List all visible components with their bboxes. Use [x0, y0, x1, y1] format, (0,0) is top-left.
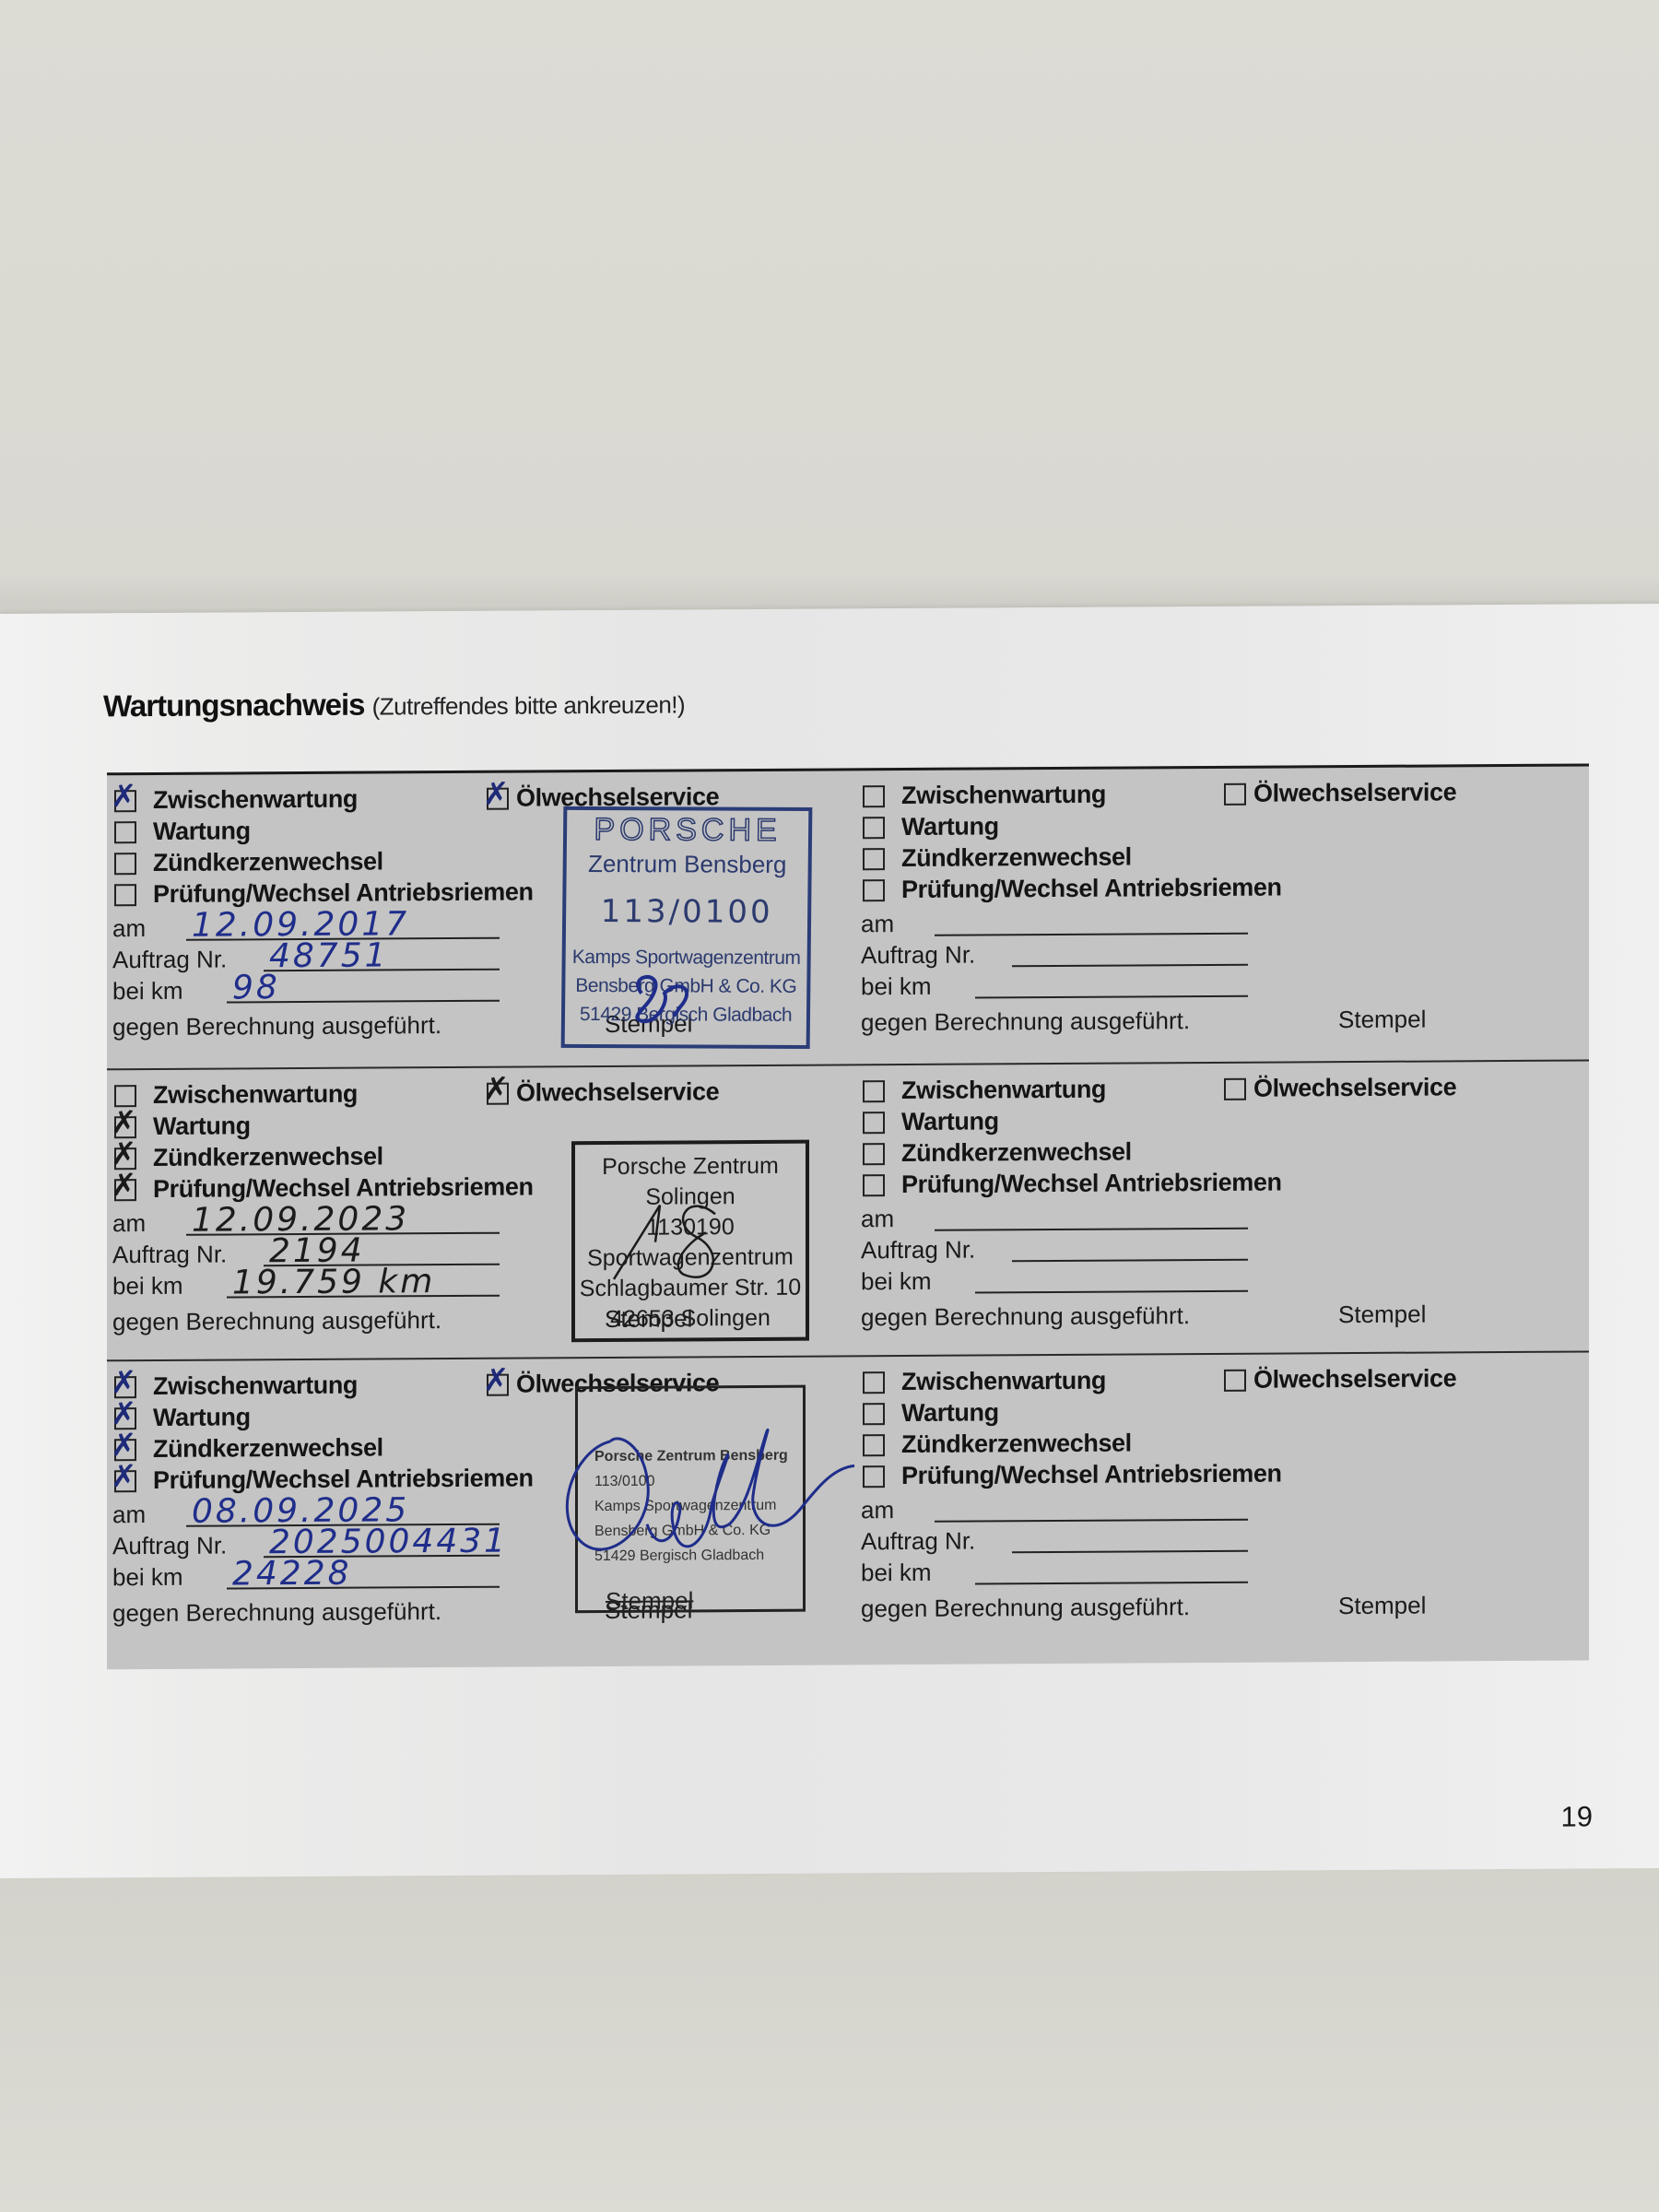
checkbox-row-wartung[interactable]: Wartung	[863, 812, 999, 841]
checkbox-label: Zwischenwartung	[901, 781, 1106, 810]
field-km[interactable]: bei km24228	[112, 1560, 500, 1593]
checkbox-oelwechsel[interactable]	[1224, 1369, 1246, 1391]
page-title: Wartungsnachweis (Zutreffendes bitte ank…	[103, 685, 685, 724]
field-label-auftrag: Auftrag Nr.	[112, 945, 227, 974]
checkbox-label: Wartung	[153, 1403, 251, 1432]
field-underline	[935, 1228, 1248, 1231]
checkbox-row-zuendkerzen[interactable]: Zündkerzenwechsel	[863, 1429, 1132, 1459]
checkbox-antriebsriemen[interactable]	[863, 879, 885, 901]
checkbox-row-zwischenwartung[interactable]: Zwischenwartung	[114, 1080, 358, 1111]
checkbox-row-zuendkerzen[interactable]: Zündkerzenwechsel	[863, 1137, 1132, 1168]
field-km[interactable]: bei km98	[112, 974, 500, 1006]
checkbox-label: Ölwechselservice	[1253, 1364, 1456, 1394]
field-label-am: am	[861, 910, 894, 938]
entry-3: Zwischenwartung✗Wartung✗Zündkerzenwechse…	[107, 1065, 848, 1361]
field-underline	[1012, 964, 1248, 968]
check-mark-icon: ✗	[111, 1138, 136, 1170]
form-row-2: Zwischenwartung✗Wartung✗Zündkerzenwechse…	[107, 1059, 1589, 1361]
checkbox-label: Zwischenwartung	[153, 785, 358, 815]
check-mark-icon: ✗	[111, 1398, 136, 1430]
check-mark-icon: ✗	[483, 1073, 509, 1104]
checkbox-row-zuendkerzen[interactable]: Zündkerzenwechsel	[863, 842, 1132, 873]
footer-text: gegen Berechnung ausgeführt.	[861, 1593, 1190, 1623]
checkbox-zwischenwartung[interactable]	[863, 785, 885, 807]
field-km[interactable]: bei km	[861, 1265, 1248, 1297]
entry-6: ZwischenwartungWartungZündkerzenwechselP…	[855, 1352, 1596, 1648]
stempel-label: Stempel	[1338, 1300, 1426, 1330]
checkbox-wartung[interactable]: ✗	[114, 1116, 136, 1138]
title-instruction: (Zutreffendes bitte ankreuzen!)	[372, 690, 686, 720]
field-label-am: am	[112, 1209, 146, 1238]
entry-1: ✗ZwischenwartungWartungZündkerzenwechsel…	[107, 771, 848, 1066]
check-mark-icon: ✗	[111, 1430, 136, 1461]
checkbox-label: Wartung	[901, 812, 999, 841]
field-am[interactable]: am	[861, 907, 1248, 939]
checkbox-zuendkerzen[interactable]	[114, 853, 136, 875]
checkbox-row-wartung[interactable]: Wartung	[863, 1107, 999, 1136]
entry-2: ZwischenwartungWartungZündkerzenwechselP…	[855, 766, 1596, 1062]
check-mark-icon: ✗	[483, 1364, 509, 1395]
checkbox-antriebsriemen[interactable]	[114, 884, 136, 906]
stamp-line: Bensberg GmbH & Co. KG	[565, 971, 806, 1001]
stamp-line: Schlagbaumer Str. 10	[575, 1273, 806, 1305]
form-row-3: ✗Zwischenwartung✗Wartung✗Zündkerzenwechs…	[107, 1350, 1589, 1653]
stamp-line: Sportwagenzentrum	[575, 1242, 806, 1275]
checkbox-wartung[interactable]: ✗	[114, 1407, 136, 1430]
field-label-am: am	[112, 1500, 146, 1529]
field-underline	[975, 1582, 1248, 1585]
footer-text: gegen Berechnung ausgeführt.	[112, 1306, 441, 1336]
checkbox-row-oelwechsel[interactable]: ✗Ölwechselservice	[487, 1077, 719, 1108]
field-underline	[975, 995, 1248, 999]
check-mark-icon: ✗	[111, 1461, 136, 1492]
checkbox-label: Ölwechselservice	[1253, 778, 1456, 807]
stamp-line: Porsche Zentrum	[575, 1151, 806, 1183]
footer-text: gegen Berechnung ausgeführt.	[112, 1011, 441, 1041]
field-label-km: bei km	[861, 1267, 932, 1296]
checkbox-zuendkerzen[interactable]: ✗	[114, 1439, 136, 1461]
checkbox-row-zwischenwartung[interactable]: Zwischenwartung	[863, 781, 1106, 811]
checkbox-row-zuendkerzen[interactable]: ✗Zündkerzenwechsel	[114, 1142, 383, 1172]
checkbox-label: Ölwechselservice	[516, 1077, 719, 1107]
field-label-am: am	[112, 914, 146, 943]
field-auftrag[interactable]: Auftrag Nr.	[861, 938, 1248, 971]
checkbox-antriebsriemen[interactable]: ✗	[114, 1470, 136, 1492]
stamp-line: Bensberg GmbH & Co. KG	[594, 1518, 788, 1544]
stamp-line: 51429 Bergisch Gladbach	[565, 1000, 806, 1030]
check-mark-icon: ✗	[111, 1367, 136, 1398]
checkbox-zuendkerzen[interactable]	[863, 1434, 885, 1456]
stamp-text-block: Porsche Zentrum Bensberg113/0100Kamps Sp…	[594, 1443, 788, 1569]
checkbox-zwischenwartung[interactable]	[863, 1080, 885, 1102]
checkbox-row-wartung[interactable]: Wartung	[114, 817, 251, 846]
stamp-line: Porsche Zentrum Bensberg	[594, 1443, 788, 1469]
checkbox-row-zwischenwartung[interactable]: ✗Zwischenwartung	[114, 785, 358, 816]
dealer-stamp-solingen: Porsche ZentrumSolingen1130190Sportwagen…	[571, 1140, 809, 1343]
handwritten-km: 19.759 km	[232, 1263, 435, 1301]
checkbox-label: Ölwechselservice	[1253, 1073, 1456, 1102]
checkbox-wartung[interactable]	[863, 1112, 885, 1134]
checkbox-row-antriebsriemen[interactable]: Prüfung/Wechsel Antriebsriemen	[863, 1460, 1282, 1491]
checkbox-label: Zwischenwartung	[901, 1367, 1106, 1396]
checkbox-label: Prüfung/Wechsel Antriebsriemen	[901, 1169, 1282, 1200]
checkbox-row-zwischenwartung[interactable]: ✗Zwischenwartung	[114, 1371, 358, 1402]
entry-5: ✗Zwischenwartung✗Wartung✗Zündkerzenwechs…	[107, 1357, 848, 1653]
checkbox-label: Prüfung/Wechsel Antriebsriemen	[153, 1172, 534, 1204]
page-number: 19	[1561, 1800, 1593, 1833]
title-main: Wartungsnachweis	[103, 688, 365, 724]
checkbox-label: Wartung	[901, 1107, 999, 1136]
footer-text: gegen Berechnung ausgeführt.	[112, 1597, 441, 1628]
field-label-auftrag: Auftrag Nr.	[861, 1527, 975, 1557]
checkbox-row-antriebsriemen[interactable]: ✗Prüfung/Wechsel Antriebsriemen	[114, 1172, 534, 1204]
field-label-km: bei km	[861, 1559, 932, 1587]
checkbox-zuendkerzen[interactable]	[863, 848, 885, 870]
stamp-code: 113/0100	[566, 893, 807, 931]
checkbox-oelwechsel[interactable]	[1224, 782, 1246, 805]
check-mark-icon: ✗	[111, 1107, 136, 1138]
checkbox-label: Zwischenwartung	[153, 1080, 358, 1110]
dealer-stamp-bensberg: PORSCHEZentrum Bensberg113/0100Kamps Spo…	[561, 806, 813, 1049]
checkbox-row-zwischenwartung[interactable]: Zwischenwartung	[863, 1076, 1106, 1106]
checkbox-antriebsriemen[interactable]: ✗	[114, 1179, 136, 1201]
stamp-brand: PORSCHE	[567, 812, 808, 849]
field-underline	[1012, 1259, 1248, 1263]
dealer-stamp-bensberg-2025: Porsche Zentrum Bensberg113/0100Kamps Sp…	[575, 1385, 806, 1614]
field-label-km: bei km	[112, 1272, 183, 1300]
checkbox-row-zuendkerzen[interactable]: Zündkerzenwechsel	[114, 847, 383, 877]
field-auftrag[interactable]: Auftrag Nr.48751	[112, 943, 500, 975]
checkbox-label: Zündkerzenwechsel	[901, 1429, 1132, 1459]
field-underline	[935, 1519, 1248, 1523]
background-surface	[0, 1876, 1659, 2212]
checkbox-label: Zündkerzenwechsel	[901, 1137, 1132, 1168]
field-underline	[935, 933, 1248, 936]
checkbox-row-antriebsriemen[interactable]: Prüfung/Wechsel Antriebsriemen	[863, 874, 1282, 905]
checkbox-label: Prüfung/Wechsel Antriebsriemen	[153, 1464, 534, 1495]
handwritten-auftrag: 48751	[269, 936, 389, 975]
checkbox-label: Zündkerzenwechsel	[153, 847, 383, 877]
checkbox-antriebsriemen[interactable]	[863, 1174, 885, 1196]
checkbox-zwischenwartung[interactable]	[863, 1371, 885, 1394]
field-am[interactable]: am	[861, 1493, 1248, 1525]
checkbox-label: Prüfung/Wechsel Antriebsriemen	[153, 877, 534, 909]
stempel-label: Stempel	[1338, 1006, 1426, 1035]
checkbox-oelwechsel[interactable]	[1224, 1077, 1246, 1100]
stempel-label: Stempel	[1338, 1592, 1426, 1621]
checkbox-row-zuendkerzen[interactable]: ✗Zündkerzenwechsel	[114, 1433, 383, 1464]
checkbox-zuendkerzen[interactable]: ✗	[114, 1147, 136, 1170]
field-label-km: bei km	[112, 1563, 183, 1592]
field-label-km: bei km	[112, 977, 183, 1006]
maintenance-form: ✗ZwischenwartungWartungZündkerzenwechsel…	[107, 763, 1589, 1669]
field-label-auftrag: Auftrag Nr.	[861, 941, 975, 971]
checkbox-row-wartung[interactable]: Wartung	[863, 1398, 999, 1428]
booklet-page: Wartungsnachweis (Zutreffendes bitte ank…	[0, 604, 1659, 1878]
checkbox-label: Zwischenwartung	[153, 1371, 358, 1401]
checkbox-wartung[interactable]	[114, 821, 136, 843]
handwritten-km: 24228	[232, 1555, 352, 1594]
checkbox-label: Wartung	[153, 817, 251, 846]
field-label-auftrag: Auftrag Nr.	[861, 1236, 975, 1265]
stamp-line: Kamps Sportwagenzentrum	[594, 1493, 788, 1519]
handwritten-km: 98	[232, 969, 280, 1006]
footer-text: gegen Berechnung ausgeführt.	[861, 1301, 1190, 1332]
checkbox-oelwechsel[interactable]: ✗	[487, 1373, 509, 1395]
stamp-line: 51429 Bergisch Gladbach	[594, 1543, 788, 1569]
stamp-line: Kamps Sportwagenzentrum	[566, 943, 807, 972]
checkbox-label: Prüfung/Wechsel Antriebsriemen	[901, 1460, 1282, 1491]
entry-4: ZwischenwartungWartungZündkerzenwechselP…	[855, 1061, 1596, 1357]
checkbox-antriebsriemen[interactable]	[863, 1465, 885, 1488]
stamp-line: Zentrum Bensberg	[567, 850, 808, 879]
stamp-line: 42653 Solingen	[575, 1303, 806, 1335]
field-label-am: am	[861, 1205, 894, 1233]
stamp-code: 1130190	[575, 1212, 806, 1244]
checkbox-label: Zwischenwartung	[901, 1076, 1106, 1105]
field-label-am: am	[861, 1496, 894, 1524]
stempel-label: Stempel	[606, 1586, 693, 1616]
field-underline	[975, 1290, 1248, 1294]
field-auftrag[interactable]: Auftrag Nr.	[861, 1233, 1248, 1265]
field-label-auftrag: Auftrag Nr.	[112, 1240, 227, 1269]
field-label-auftrag: Auftrag Nr.	[112, 1531, 227, 1560]
checkbox-wartung[interactable]	[863, 1403, 885, 1425]
checkbox-row-oelwechsel[interactable]: Ölwechselservice	[1224, 778, 1456, 808]
checkbox-row-oelwechsel[interactable]: Ölwechselservice	[1224, 1364, 1456, 1394]
footer-text: gegen Berechnung ausgeführt.	[861, 1006, 1190, 1037]
checkbox-label: Zündkerzenwechsel	[901, 842, 1132, 873]
checkbox-row-antriebsriemen[interactable]: ✗Prüfung/Wechsel Antriebsriemen	[114, 1464, 534, 1495]
checkbox-zuendkerzen[interactable]	[863, 1143, 885, 1165]
field-km[interactable]: bei km	[861, 1556, 1248, 1588]
check-mark-icon: ✗	[111, 781, 136, 812]
checkbox-row-antriebsriemen[interactable]: Prüfung/Wechsel Antriebsriemen	[863, 1169, 1282, 1200]
field-km[interactable]: bei km	[861, 970, 1248, 1002]
field-am[interactable]: am	[861, 1202, 1248, 1234]
checkbox-label: Wartung	[153, 1112, 251, 1141]
check-mark-icon: ✗	[111, 1170, 136, 1201]
checkbox-label: Zündkerzenwechsel	[153, 1433, 383, 1464]
checkbox-label: Prüfung/Wechsel Antriebsriemen	[901, 874, 1282, 905]
checkbox-zwischenwartung[interactable]: ✗	[114, 790, 136, 812]
stamp-line: Solingen	[575, 1182, 806, 1214]
checkbox-label: Zündkerzenwechsel	[153, 1142, 383, 1172]
field-auftrag[interactable]: Auftrag Nr.	[861, 1524, 1248, 1557]
form-row-1: ✗ZwischenwartungWartungZündkerzenwechsel…	[107, 766, 1589, 1066]
checkbox-zwischenwartung[interactable]: ✗	[114, 1376, 136, 1398]
checkbox-row-oelwechsel[interactable]: Ölwechselservice	[1224, 1073, 1456, 1103]
field-km[interactable]: bei km19.759 km	[112, 1269, 500, 1301]
checkbox-label: Wartung	[901, 1398, 999, 1428]
checkbox-zwischenwartung[interactable]	[114, 1085, 136, 1107]
checkbox-row-zwischenwartung[interactable]: Zwischenwartung	[863, 1367, 1106, 1397]
checkbox-oelwechsel[interactable]: ✗	[487, 1082, 509, 1104]
checkbox-row-antriebsriemen[interactable]: Prüfung/Wechsel Antriebsriemen	[114, 877, 534, 909]
field-label-km: bei km	[861, 972, 932, 1001]
checkbox-wartung[interactable]	[863, 817, 885, 839]
stamp-code: 113/0100	[594, 1468, 788, 1494]
check-mark-icon: ✗	[483, 778, 509, 809]
field-underline	[1012, 1550, 1248, 1554]
checkbox-oelwechsel[interactable]: ✗	[487, 787, 509, 809]
